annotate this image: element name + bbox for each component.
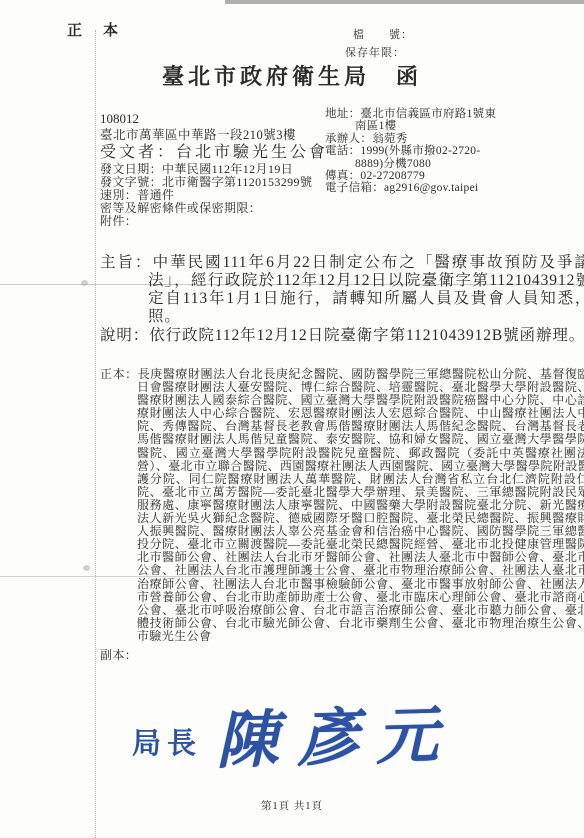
- description-paragraph: 說明：依行政院112年12月12日院臺衛字第1121043912B號函辦理。: [100, 327, 584, 345]
- signature-block: 局長 陳彥元: [132, 688, 456, 777]
- letter-meta-block: 發文日期：中華民國112年12月19日 發文字號：北市衛醫字第112015329…: [100, 163, 312, 228]
- subject-label: 主旨：: [100, 254, 153, 271]
- page-number: 第1頁 共1頁: [0, 798, 584, 813]
- agency-email: 電子信箱：ag2916@gov.taipei: [325, 182, 575, 194]
- agency-fax: 傳真：02-27208779: [325, 170, 575, 182]
- agency-officer: 承辦人：翁菀秀: [325, 133, 575, 145]
- description-text: 依行政院112年12月12日院臺衛字第1121043912B號函辦理。: [149, 327, 584, 344]
- document-title: 臺北市政府衛生局 函: [0, 60, 584, 91]
- recipient-name-line: 受文者：台北市驗光生公會: [100, 139, 328, 162]
- scan-artifact-margin-dotted-line: [95, 30, 96, 838]
- copy-recipients-label: 副本：: [100, 646, 137, 663]
- original-recipients-list: 長庚醫療財團法人台北長庚紀念醫院、國防醫學院三軍總醫院松山分院、基督復臨安息日會…: [137, 367, 584, 643]
- attachment-line: 附件：: [100, 215, 312, 228]
- description-label: 說明：: [100, 327, 149, 344]
- agency-address-line2: 南區1樓: [325, 120, 575, 132]
- scan-artifact-top-edge: [225, 0, 584, 4]
- agency-phone-line2: 8889)分機7080: [325, 158, 575, 170]
- subject-text: 中華民國111年6月22日制定公布之「醫療事故預防及爭議處理法」，經行政院於11…: [148, 254, 584, 325]
- signer-title: 局長: [132, 721, 202, 762]
- agency-phone-line1: 電話：1999(外縣市撥02-2720-: [325, 145, 575, 157]
- agency-address-line1: 地址：臺北市信義區市府路1號東: [325, 108, 575, 120]
- scan-artifact-smudge: [83, 565, 90, 571]
- subject-paragraph: 主旨：中華民國111年6月22日制定公布之「醫療事故預防及爭議處理法」，經行政院…: [100, 254, 584, 326]
- copy-type-label: 正 本: [67, 19, 121, 40]
- retention-period-label: 保存年限：: [345, 44, 405, 60]
- signer-name-stamp: 陳彥元: [215, 685, 457, 780]
- official-letter-page: 正 本 檔 號： 保存年限： 臺北市政府衛生局 函 108012 臺北市萬華區中…: [0, 0, 584, 838]
- agency-contact-block: 地址：臺北市信義區市府路1號東 南區1樓 承辦人：翁菀秀 電話：1999(外縣市…: [325, 108, 575, 195]
- scan-artifact-smudge: [81, 280, 88, 286]
- original-recipients-paragraph: 正本：長庚醫療財團法人台北長庚紀念醫院、國防醫學院三軍總醫院松山分院、基督復臨安…: [100, 368, 584, 643]
- original-recipients-label: 正本：: [100, 367, 138, 381]
- file-number-label: 檔 號：: [353, 26, 413, 42]
